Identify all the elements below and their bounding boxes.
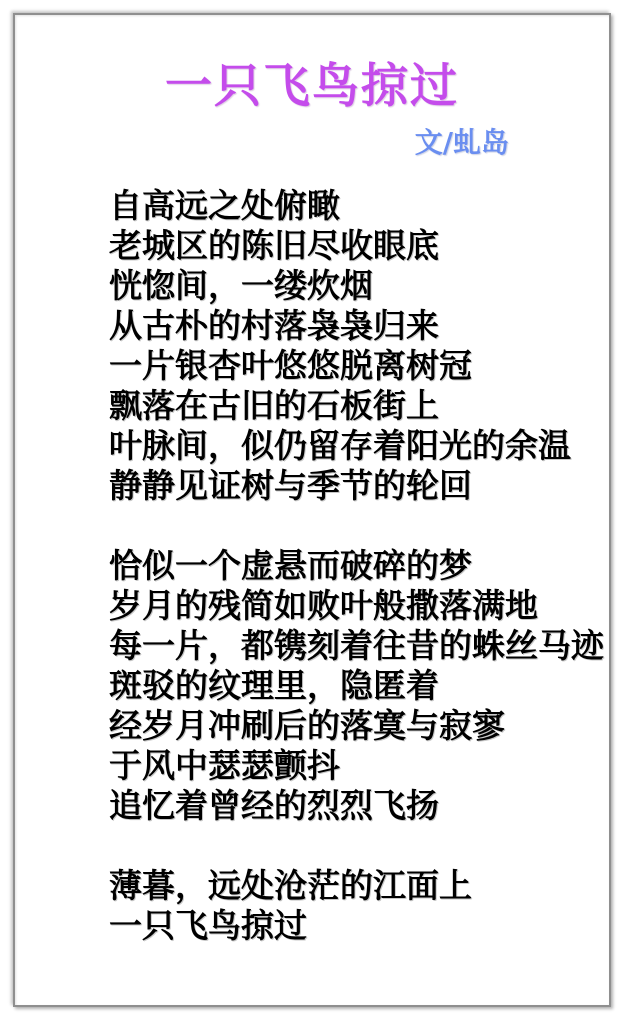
poem-line: 飘落在古旧的石板街上	[109, 386, 589, 426]
poem-line: 恰似一个虚悬而破碎的梦	[109, 546, 589, 586]
poem-stanza-2: 恰似一个虚悬而破碎的梦 岁月的残简如败叶般撒落满地 每一片，都镌刻着往昔的蛛丝马…	[109, 546, 589, 826]
poem-title: 一只飞鸟掠过	[15, 15, 609, 110]
poem-line: 岁月的残简如败叶般撒落满地	[109, 586, 589, 626]
poem-stanza-1: 自高远之处俯瞰 老城区的陈旧尽收眼底 恍惚间，一缕炊烟 从古朴的村落袅袅归来 一…	[109, 186, 589, 506]
poem-line: 恍惚间，一缕炊烟	[109, 266, 589, 306]
poem-line: 每一片，都镌刻着往昔的蛛丝马迹	[109, 626, 589, 666]
poem-line: 追忆着曾经的烈烈飞扬	[109, 786, 589, 826]
poem-body: 自高远之处俯瞰 老城区的陈旧尽收眼底 恍惚间，一缕炊烟 从古朴的村落袅袅归来 一…	[15, 186, 609, 946]
poem-line: 静静见证树与季节的轮回	[109, 466, 589, 506]
poem-line: 叶脉间，似仍留存着阳光的余温	[109, 426, 589, 466]
poem-line: 经岁月冲刷后的落寞与寂寥	[109, 706, 589, 746]
poem-line: 于风中瑟瑟颤抖	[109, 746, 589, 786]
poem-byline: 文/虬岛	[15, 129, 609, 157]
poem-line: 从古朴的村落袅袅归来	[109, 306, 589, 346]
poem-line: 自高远之处俯瞰	[109, 186, 589, 226]
poem-line: 薄暮，远处沧茫的江面上	[109, 866, 589, 906]
poem-card-frame: 一只飞鸟掠过 文/虬岛 自高远之处俯瞰 老城区的陈旧尽收眼底 恍惚间，一缕炊烟 …	[13, 13, 611, 1007]
poem-line: 一只飞鸟掠过	[109, 906, 589, 946]
poem-line: 一片银杏叶悠悠脱离树冠	[109, 346, 589, 386]
poem-line: 斑驳的纹理里，隐匿着	[109, 666, 589, 706]
poem-stanza-3: 薄暮，远处沧茫的江面上 一只飞鸟掠过	[109, 866, 589, 946]
poem-line: 老城区的陈旧尽收眼底	[109, 226, 589, 266]
